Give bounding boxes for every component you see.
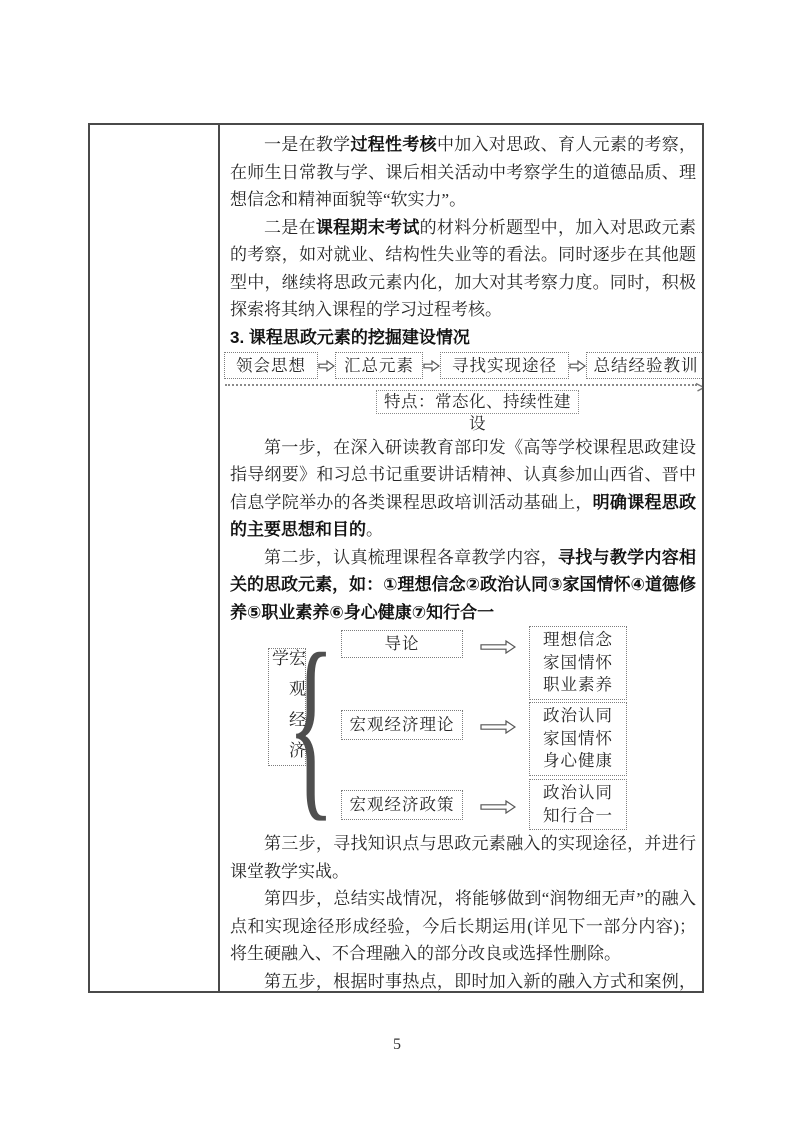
block-arrow-icon — [480, 639, 516, 655]
page-number: 5 — [0, 1036, 794, 1054]
arrowhead-icon — [694, 378, 702, 398]
outcome-item: 职业素养 — [530, 674, 626, 697]
construction-process-flowchart: 领会思想 汇总元素 寻找实现途径 总结经验教训 特点：常态化、持续性建设 — [224, 352, 702, 414]
chapter-box-macro-theory: 宏观经济理论 — [341, 710, 463, 740]
flow-timeline-line — [225, 384, 697, 386]
paragraph-step5: 第五步，根据时事热点，即时加入新的融入方式和案例，将课程思政建设常态化。 — [230, 968, 696, 992]
block-arrow-icon — [480, 799, 516, 815]
block-arrow-icon — [423, 359, 440, 373]
block-arrow-icon — [480, 719, 516, 735]
outcome-box-macro-theory: 政治认同 家国情怀 身心健康 — [529, 702, 627, 776]
paragraph-final-exam: 二是在课程期末考试的材料分析题型中，加入对思政元素的考察，如对就业、结构性失业等… — [230, 214, 696, 324]
curly-brace: { — [292, 628, 330, 824]
flow-step-summarize-elements: 汇总元素 — [335, 352, 423, 379]
outcome-box-introduction: 理想信念 家国情怀 职业素养 — [529, 626, 627, 700]
table-right-cell: 一是在教学过程性考核中加入对思政、育人元素的考察，在师生日常教与学、课后相关活动… — [220, 125, 702, 991]
outcome-item: 家国情怀 — [530, 728, 626, 751]
outcome-item: 理想信念 — [530, 629, 626, 652]
table-left-cell — [90, 125, 220, 991]
paragraph-step3: 第三步，寻找知识点与思政元素融入的实现途径，并进行课堂教学实战。 — [230, 830, 696, 885]
block-arrow-icon — [569, 359, 586, 373]
outcome-item: 身心健康 — [530, 750, 626, 773]
paragraph-step1: 第一步，在深入研读教育部印发《高等学校课程思政建设指导纲要》和习总书记重要讲话精… — [230, 434, 696, 544]
outcome-item: 家国情怀 — [530, 652, 626, 675]
flow-step-comprehend: 领会思想 — [224, 352, 318, 379]
chapter-box-macro-policy: 宏观经济政策 — [341, 790, 463, 820]
content-table: 一是在教学过程性考核中加入对思政、育人元素的考察，在师生日常教与学、课后相关活动… — [88, 123, 704, 993]
outcome-box-macro-policy: 政治认同 知行合一 — [529, 779, 627, 830]
paragraph-process-assessment: 一是在教学过程性考核中加入对思政、育人元素的考察，在师生日常教与学、课后相关活动… — [230, 131, 696, 214]
course-mapping-diagram: 宏观经济学 { 导论 宏观经济理论 宏观经济政策 理想信念 家国情怀 职业素养 — [224, 626, 702, 830]
flow-steps-row: 领会思想 汇总元素 寻找实现途径 总结经验教训 — [224, 352, 702, 380]
flow-note-box: 特点：常态化、持续性建设 — [376, 390, 579, 414]
outcome-item: 政治认同 — [530, 782, 626, 805]
section-heading: 3. 课程思政元素的挖掘建设情况 — [230, 324, 696, 352]
block-arrow-icon — [318, 359, 335, 373]
outcome-item: 政治认同 — [530, 705, 626, 728]
flow-step-find-path: 寻找实现途径 — [440, 352, 569, 379]
outcome-item: 知行合一 — [530, 805, 626, 828]
chapter-box-introduction: 导论 — [341, 630, 463, 658]
flow-step-lessons: 总结经验教训 — [586, 352, 702, 379]
paragraph-step4: 第四步，总结实战情况，将能够做到“润物细无声”的融入点和实现途径形成经验，今后长… — [230, 885, 696, 968]
